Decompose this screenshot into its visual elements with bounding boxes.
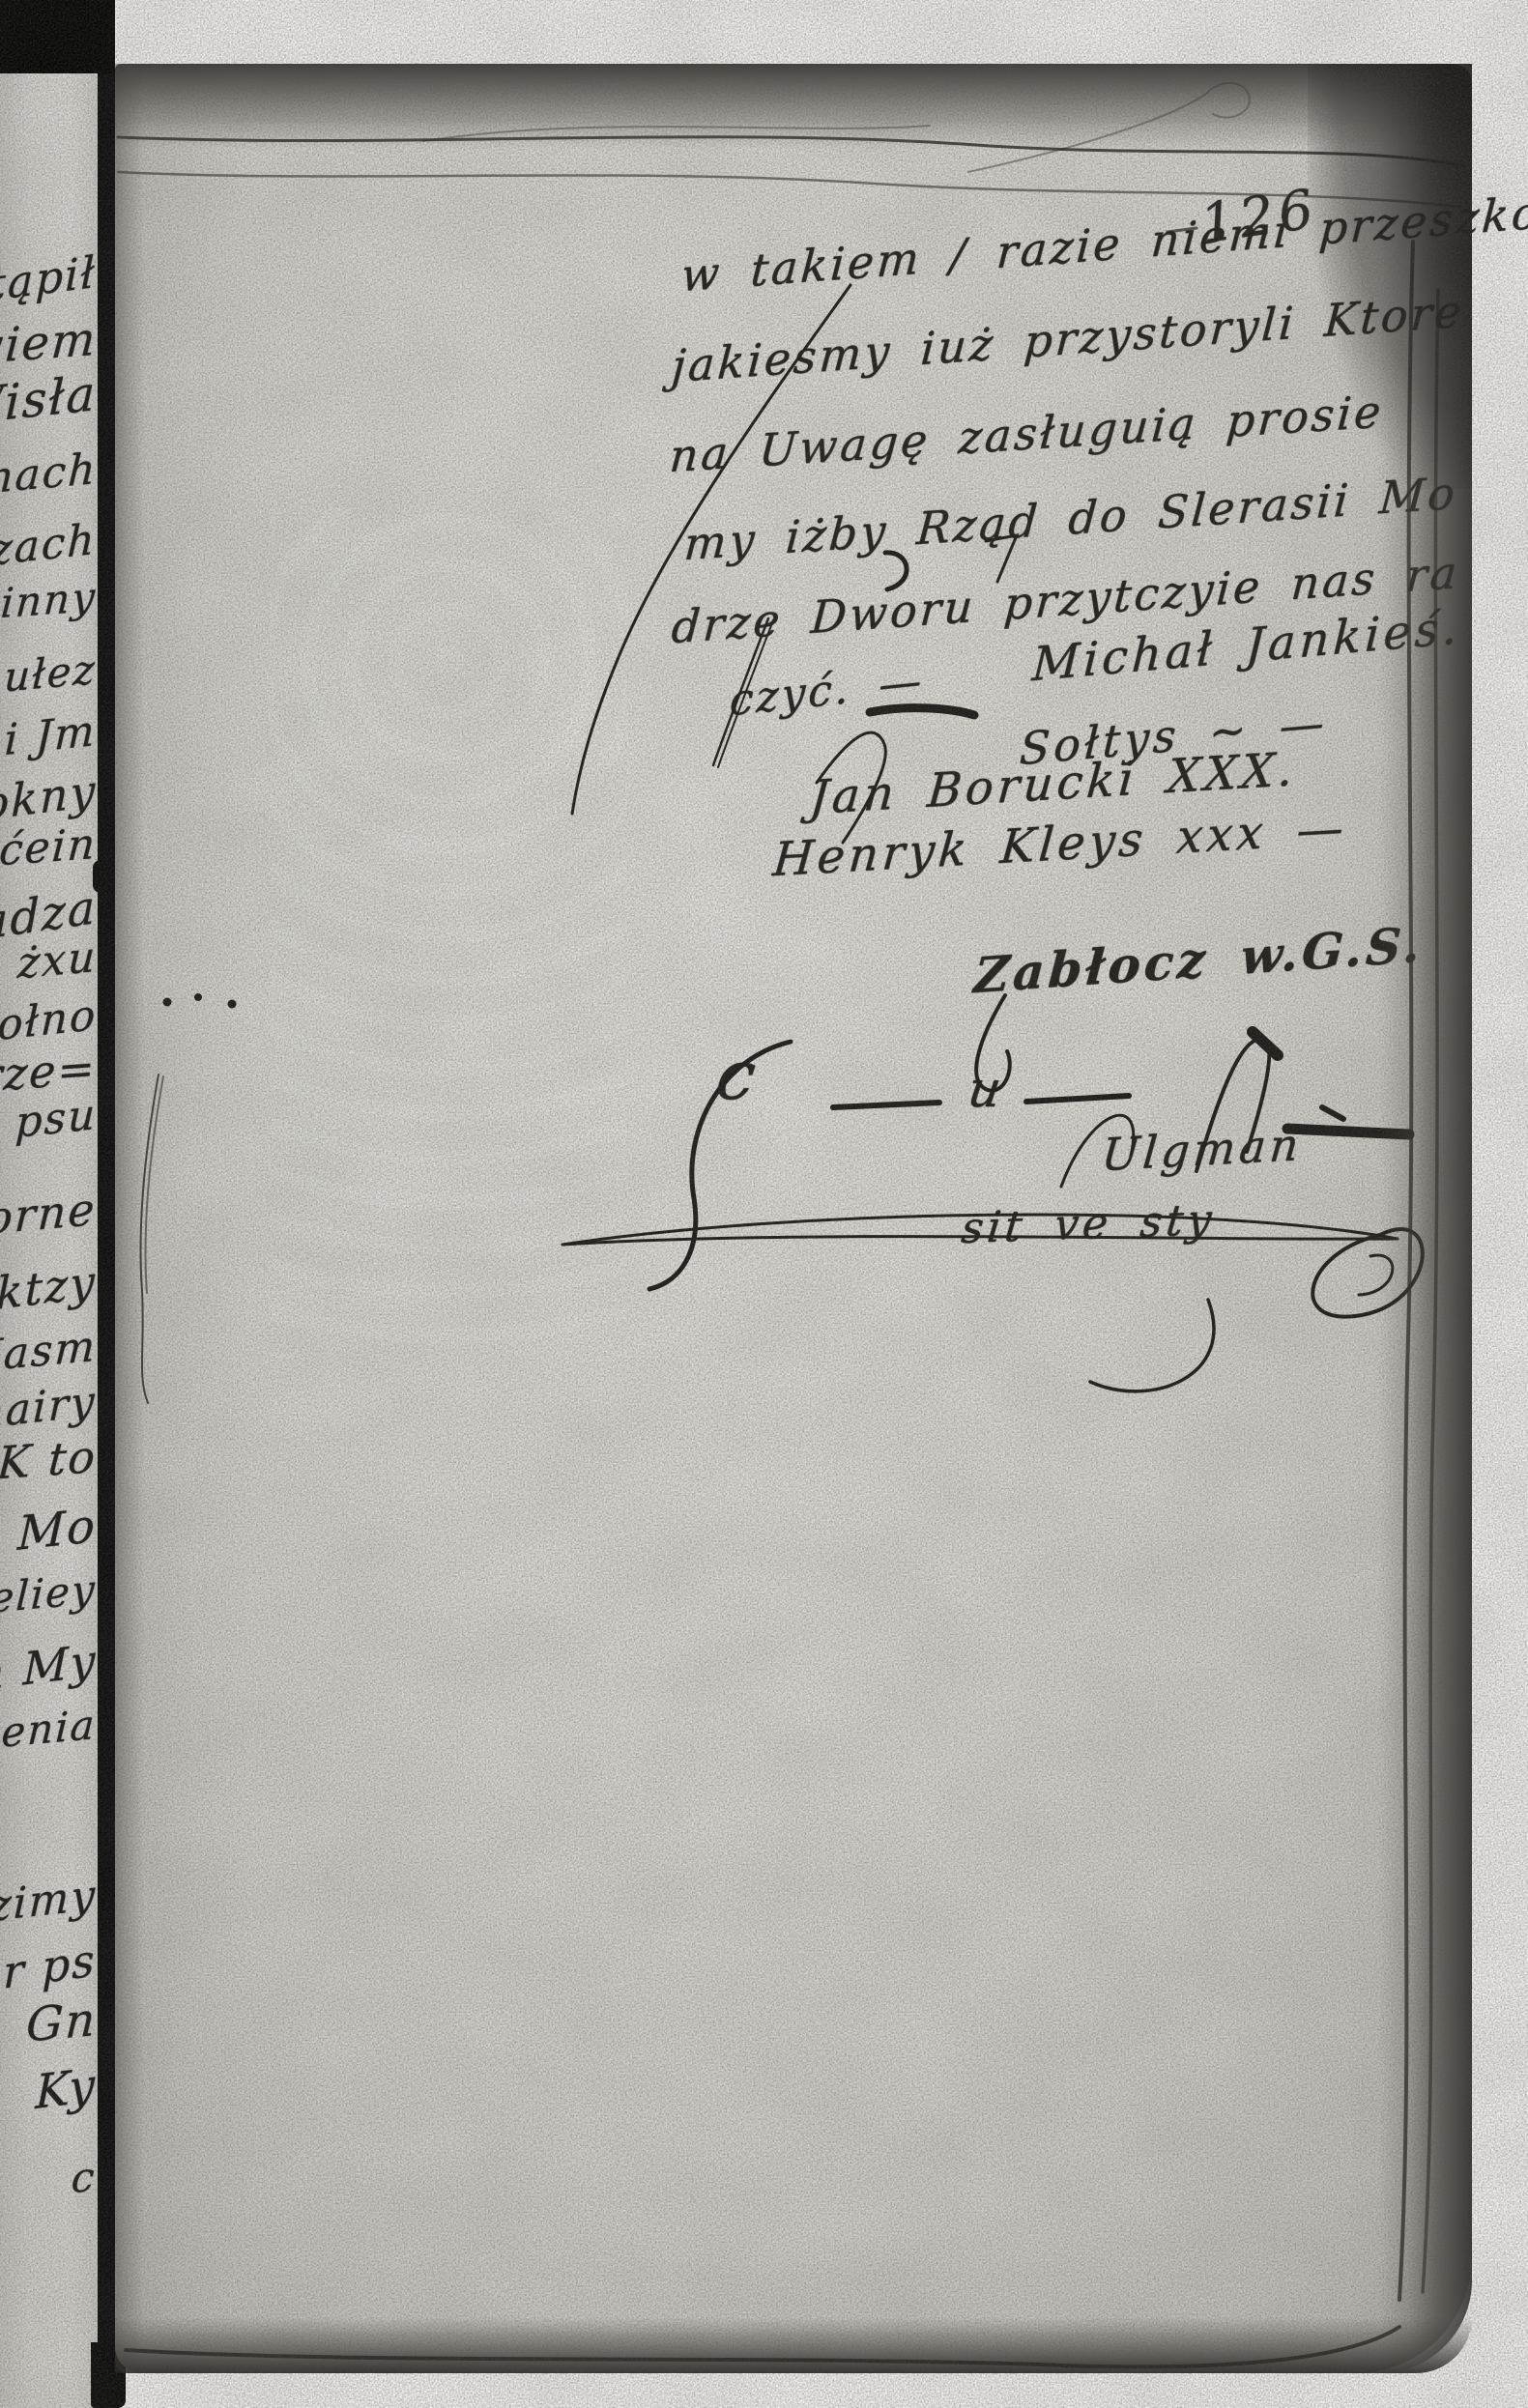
torn-bottom-edge (115, 2317, 1472, 2373)
page-edge-shading (115, 64, 1472, 2373)
torn-right-edge (1379, 64, 1472, 2373)
manuscript-scan: stąpił wiem Wisła łodnach brzach o inny … (0, 0, 1528, 2408)
gutter-shadow (115, 64, 144, 2373)
torn-top-edge (115, 64, 1472, 149)
torn-corner-shadow (1308, 64, 1472, 489)
